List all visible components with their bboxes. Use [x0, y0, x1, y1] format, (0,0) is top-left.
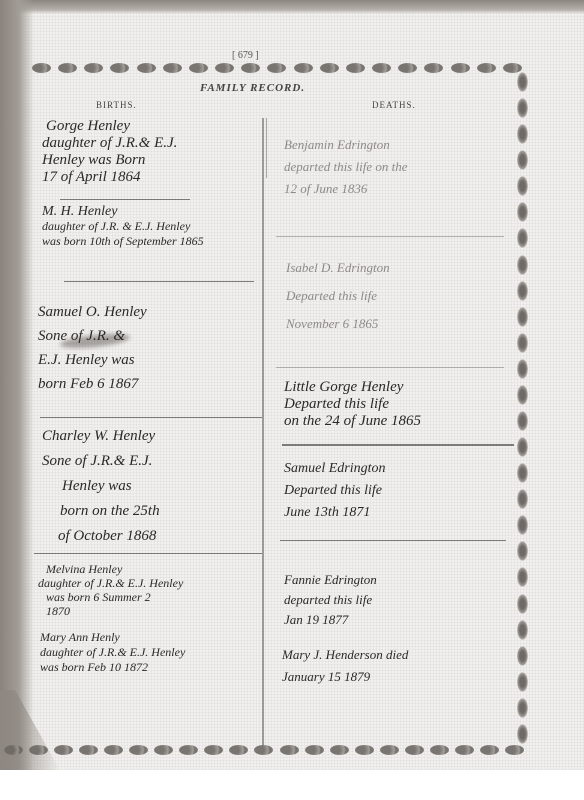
- border-ornament: [517, 698, 528, 718]
- entry-line: Jan 19 1877: [284, 610, 377, 630]
- border-ornament: [517, 672, 528, 692]
- death-entry: Samuel Edrington Departed this life June…: [284, 458, 386, 524]
- border-ornament: [104, 745, 123, 755]
- border-ornament: [129, 745, 148, 755]
- border-ornament: [517, 463, 528, 483]
- border-ornament: [517, 567, 528, 587]
- entry-line: 17 of April 1864: [42, 169, 177, 186]
- entry-line: born Feb 6 1867: [38, 372, 147, 396]
- border-ornament: [54, 745, 73, 755]
- entry-line: Henley was: [42, 474, 160, 499]
- entry-line: Departed this life: [284, 396, 421, 413]
- death-entry: Benjamin Edrington departed this life on…: [284, 134, 407, 200]
- birth-entry: Charley W. Henley Sone of J.R.& E.J. Hen…: [42, 424, 160, 549]
- border-ornament: [517, 124, 528, 144]
- border-ornament: [517, 620, 528, 640]
- border-ornament: [517, 489, 528, 509]
- entry-line: June 13th 1871: [284, 502, 386, 524]
- page-edge-shadow-top: [0, 0, 584, 14]
- entry-line: Departed this life: [286, 282, 390, 310]
- border-ornament: [330, 745, 349, 755]
- birth-entry: M. H. Henley daughter of J.R. & E.J. Hen…: [42, 204, 204, 249]
- border-ornament: [110, 63, 129, 73]
- entry-line: daughter of J.R.& E.J.: [42, 135, 177, 152]
- ornamental-border-right: [517, 72, 528, 744]
- entry-rule: [276, 367, 504, 368]
- ornamental-border-bottom: [4, 745, 524, 755]
- border-ornament: [451, 63, 470, 73]
- border-ornament: [517, 176, 528, 196]
- border-ornament: [480, 745, 499, 755]
- border-ornament: [398, 63, 417, 73]
- page-edge-shadow-left: [0, 0, 34, 770]
- births-heading: BIRTHS.: [96, 100, 137, 110]
- entry-line: 1870: [38, 604, 183, 618]
- entry-line: Samuel O. Henley: [38, 300, 147, 324]
- birth-entry: Gorge Henley daughter of J.R.& E.J. Henl…: [42, 118, 177, 186]
- border-ornament: [517, 281, 528, 301]
- border-ornament: [405, 745, 424, 755]
- entry-line: was born 10th of September 1865: [42, 234, 204, 249]
- border-ornament: [517, 359, 528, 379]
- border-ornament: [58, 63, 77, 73]
- border-ornament: [241, 63, 260, 73]
- border-ornament: [163, 63, 182, 73]
- border-ornament: [189, 63, 208, 73]
- entry-line: Sone of J.R.& E.J.: [42, 449, 160, 474]
- entry-line: Melvina Henley: [38, 562, 183, 576]
- border-ornament: [517, 333, 528, 353]
- border-ornament: [430, 745, 449, 755]
- entry-line: Samuel Edrington: [284, 458, 386, 480]
- death-entry: Fannie Edrington departed this life Jan …: [284, 570, 377, 630]
- entry-line: departed this life: [284, 590, 377, 610]
- entry-line: daughter of J.R.& E.J. Henley: [40, 645, 185, 660]
- border-ornament: [517, 724, 528, 744]
- entry-rule: [276, 236, 504, 237]
- border-ornament: [294, 63, 313, 73]
- record-title: FAMILY RECORD.: [200, 82, 305, 94]
- entry-rule: [64, 281, 254, 282]
- entry-rule: [34, 553, 262, 554]
- border-ornament: [517, 228, 528, 248]
- border-ornament: [517, 72, 528, 92]
- entry-rule: [282, 444, 514, 446]
- entry-line: Benjamin Edrington: [284, 134, 407, 156]
- border-ornament: [517, 541, 528, 561]
- column-divider-double: [266, 118, 267, 178]
- border-ornament: [154, 745, 173, 755]
- entry-line: Isabel D. Edrington: [286, 254, 390, 282]
- entry-line: Gorge Henley: [42, 118, 177, 135]
- border-ornament: [32, 63, 51, 73]
- border-ornament: [267, 63, 286, 73]
- entry-rule: [40, 417, 262, 418]
- border-ornament: [280, 745, 299, 755]
- entry-line: was born 6 Summer 2: [38, 590, 183, 604]
- entry-line: of October 1868: [42, 524, 160, 549]
- entry-line: Charley W. Henley: [42, 424, 160, 449]
- entry-line: born on the 25th: [42, 499, 160, 524]
- entry-line: daughter of J.R.& E.J. Henley: [38, 576, 183, 590]
- border-ornament: [380, 745, 399, 755]
- entry-line: Little Gorge Henley: [284, 379, 421, 396]
- border-ornament: [517, 307, 528, 327]
- entry-line: on the 24 of June 1865: [284, 413, 421, 430]
- birth-entry: Samuel O. Henley Sone of J.R. & E.J. Hen…: [38, 300, 147, 396]
- border-ornament: [477, 63, 496, 73]
- border-ornament: [215, 63, 234, 73]
- border-ornament: [372, 63, 391, 73]
- border-ornament: [517, 385, 528, 405]
- border-ornament: [305, 745, 324, 755]
- entry-line: was born Feb 10 1872: [40, 660, 185, 675]
- border-ornament: [137, 63, 156, 73]
- entry-line: Fannie Edrington: [284, 570, 377, 590]
- border-ornament: [204, 745, 223, 755]
- scanned-page: [ 679 ] FAMILY RECORD. BIRTHS. DEATHS. G…: [0, 0, 584, 770]
- border-ornament: [517, 515, 528, 535]
- border-ornament: [346, 63, 365, 73]
- entry-line: daughter of J.R. & E.J. Henley: [42, 219, 204, 234]
- entry-line: Mary J. Henderson died: [282, 644, 408, 666]
- border-ornament: [79, 745, 98, 755]
- border-ornament: [505, 745, 524, 755]
- border-ornament: [517, 150, 528, 170]
- border-ornament: [4, 745, 23, 755]
- entry-line: 12 of June 1836: [284, 178, 407, 200]
- entry-line: January 15 1879: [282, 666, 408, 688]
- birth-entry: Mary Ann Henly daughter of J.R.& E.J. He…: [40, 630, 185, 675]
- border-ornament: [517, 437, 528, 457]
- entry-line: Departed this life: [284, 480, 386, 502]
- deaths-heading: DEATHS.: [372, 100, 416, 110]
- border-ornament: [355, 745, 374, 755]
- entry-rule: [280, 540, 506, 541]
- border-ornament: [517, 255, 528, 275]
- border-ornament: [424, 63, 443, 73]
- entry-line: E.J. Henley was: [38, 348, 147, 372]
- border-ornament: [84, 63, 103, 73]
- page-number: [ 679 ]: [232, 50, 259, 61]
- border-ornament: [320, 63, 339, 73]
- birth-entry: Melvina Henley daughter of J.R.& E.J. He…: [38, 562, 183, 618]
- border-ornament: [229, 745, 248, 755]
- border-ornament: [517, 411, 528, 431]
- border-ornament: [179, 745, 198, 755]
- death-entry: Isabel D. Edrington Departed this life N…: [286, 254, 390, 338]
- border-ornament: [455, 745, 474, 755]
- border-ornament: [29, 745, 48, 755]
- ornamental-border-top: [32, 63, 522, 73]
- column-divider: [262, 118, 264, 748]
- border-ornament: [517, 646, 528, 666]
- entry-rule: [60, 199, 190, 200]
- entry-line: M. H. Henley: [42, 204, 204, 219]
- entry-line: Mary Ann Henly: [40, 630, 185, 645]
- border-ornament: [517, 202, 528, 222]
- border-ornament: [517, 98, 528, 118]
- death-entry: Mary J. Henderson died January 15 1879: [282, 644, 408, 688]
- entry-line: Sone of J.R. &: [38, 324, 147, 348]
- border-ornament: [517, 594, 528, 614]
- entry-line: November 6 1865: [286, 310, 390, 338]
- entry-line: departed this life on the: [284, 156, 407, 178]
- entry-line: Henley was Born: [42, 152, 177, 169]
- death-entry: Little Gorge Henley Departed this life o…: [284, 379, 421, 430]
